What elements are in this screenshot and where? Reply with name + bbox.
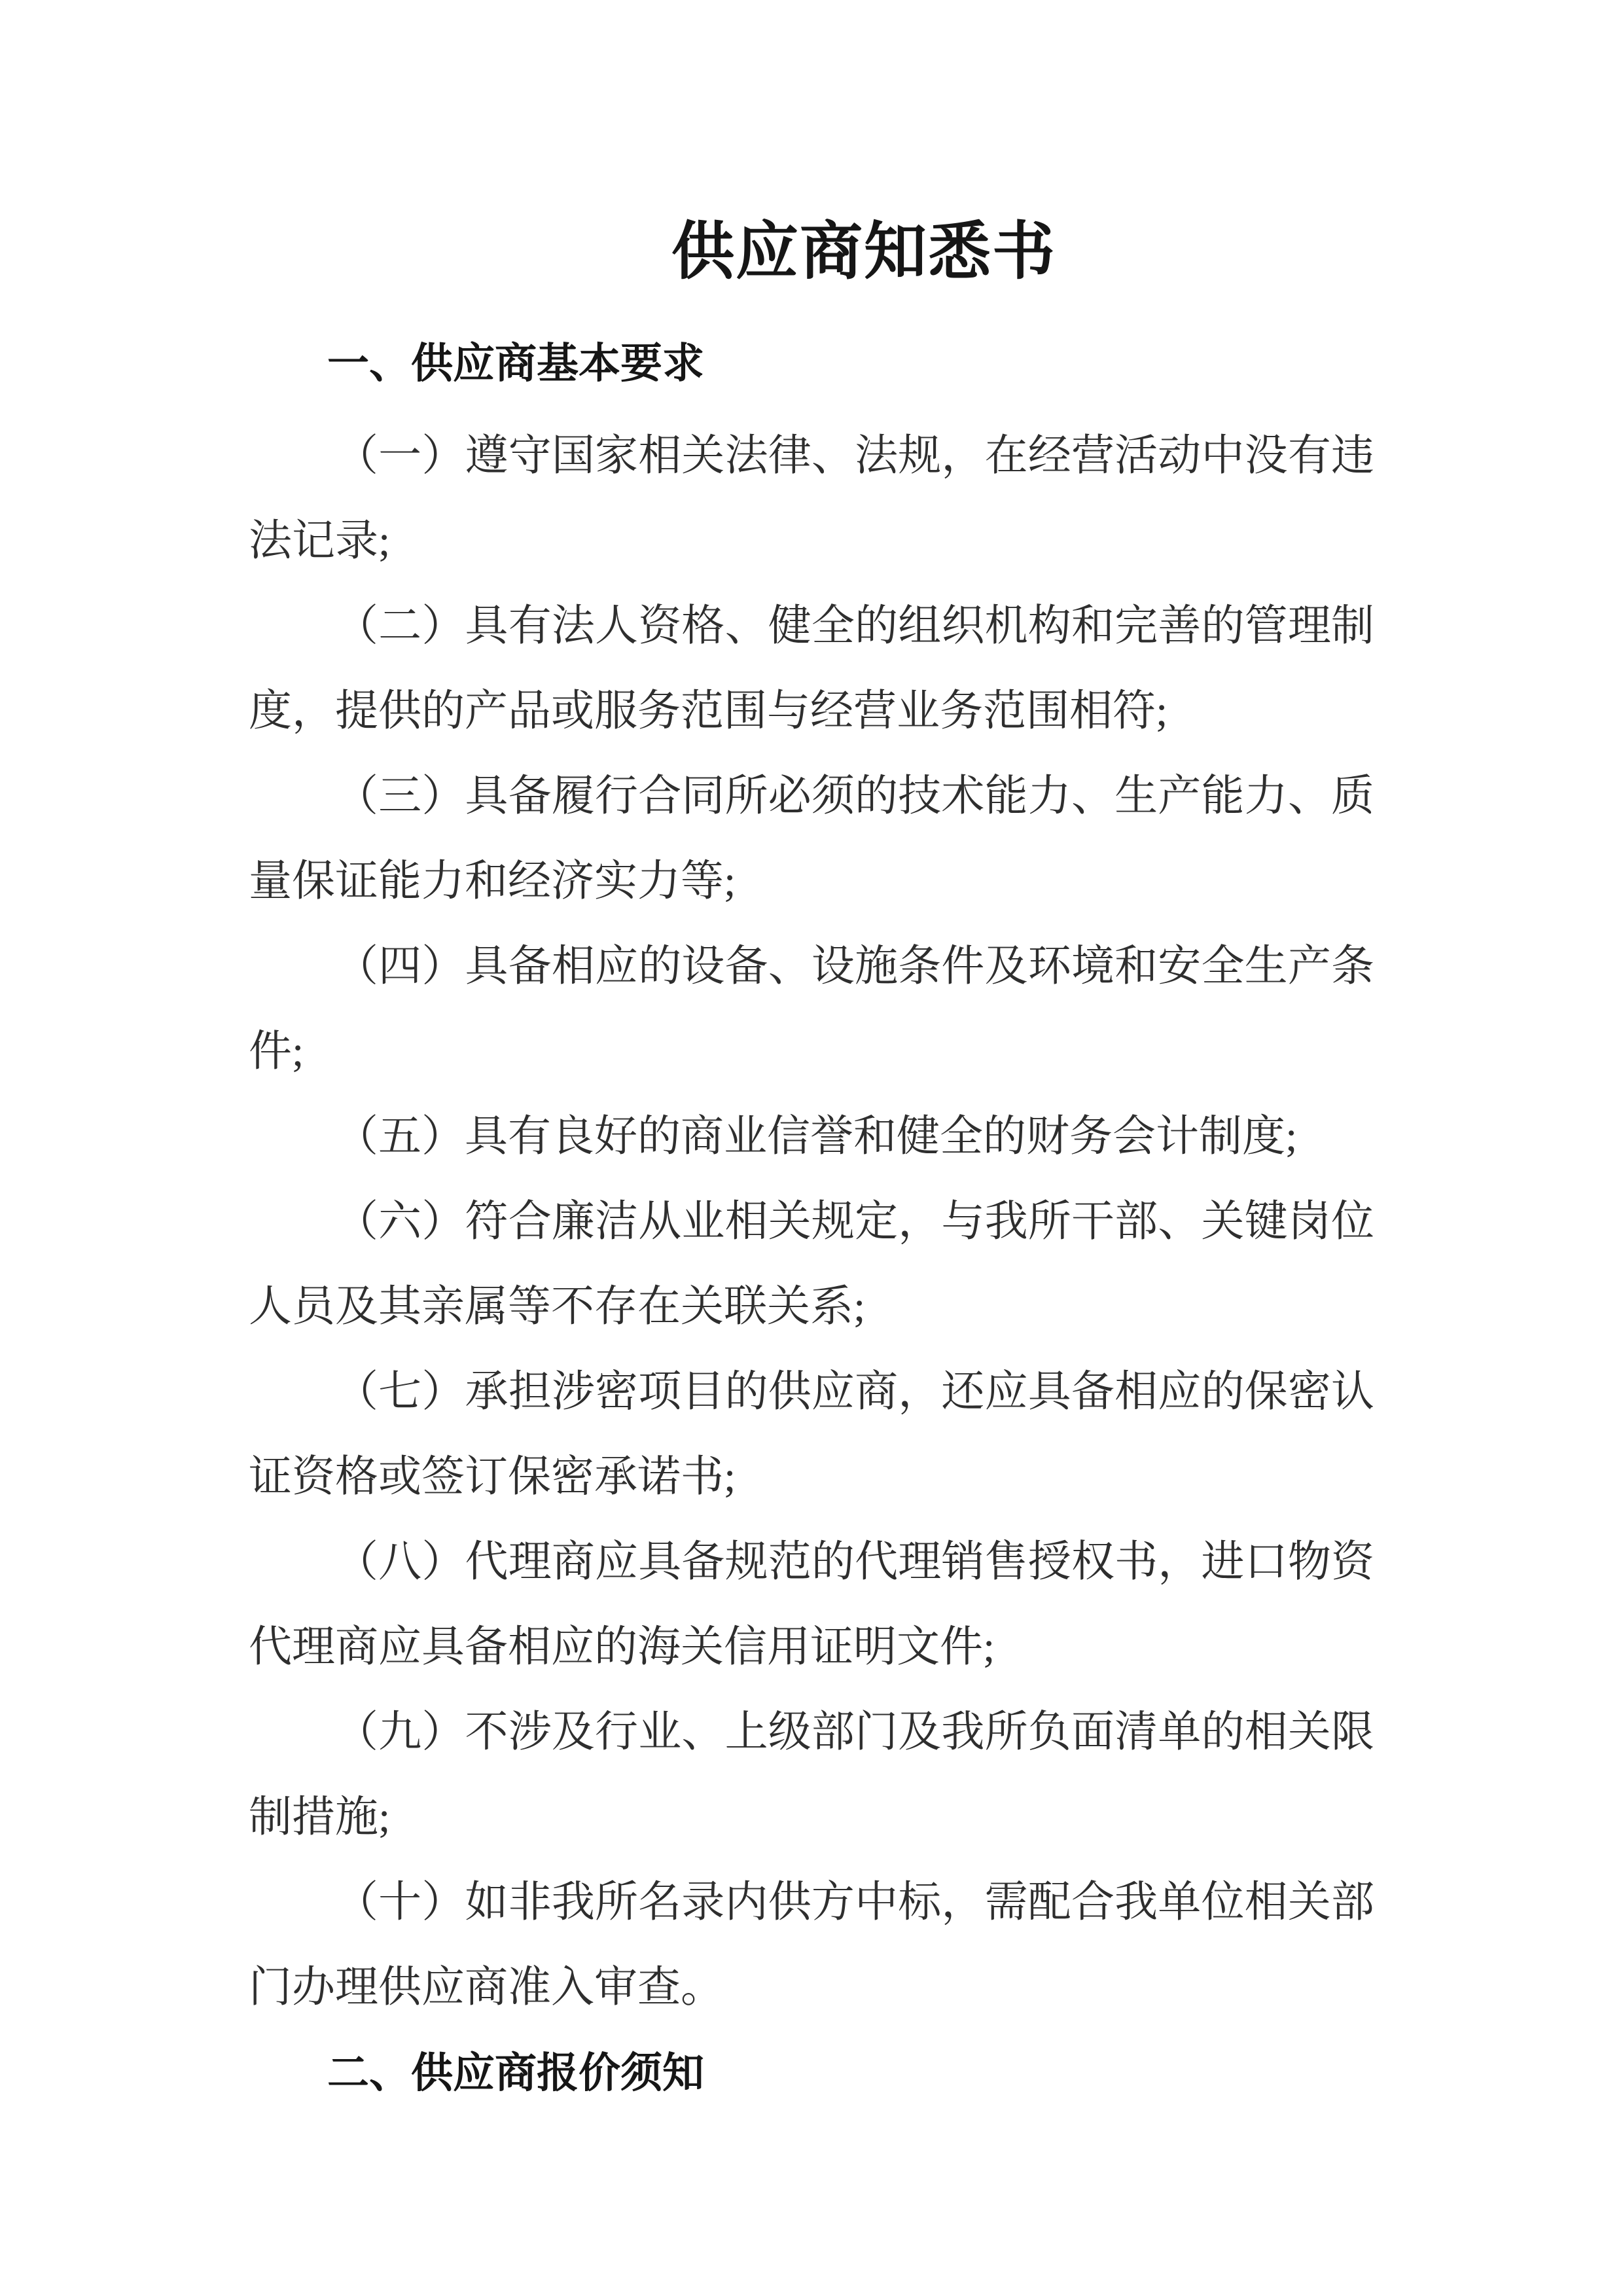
body-line: （四）具备相应的设备、设施条件及环境和安全生产条 [249,924,1374,1009]
body-line: （一）遵守国家相关法律、法规，在经营活动中没有违 [249,414,1374,499]
body-line: （九）不涉及行业、上级部门及我所负面清单的相关限 [249,1690,1374,1775]
section-heading-2: 二、供应商报价须知 [249,2030,1374,2115]
body-line: 制措施; [249,1775,1374,1860]
body-line: （八）代理商应具备规范的代理销售授权书，进口物资 [249,1520,1374,1605]
body-line: （六）符合廉洁从业相关规定，与我所干部、关键岗位 [249,1179,1374,1265]
body-line: （二）具有法人资格、健全的组织机构和完善的管理制 [249,584,1374,669]
body-lines: （一）遵守国家相关法律、法规，在经营活动中没有违法记录;（二）具有法人资格、健全… [249,414,1374,2030]
body-line: （十）如非我所名录内供方中标，需配合我单位相关部 [249,1860,1374,1945]
body-line: （三）具备履行合同所必须的技术能力、生产能力、质 [249,754,1374,839]
body-line: （七）承担涉密项目的供应商，还应具备相应的保密认 [249,1350,1374,1435]
body-line: （五）具有良好的商业信誉和健全的财务会计制度; [249,1094,1374,1179]
section-heading-1: 一、供应商基本要求 [249,321,1374,406]
body-line: 门办理供应商准入审查。 [249,1945,1374,2030]
body-line: 件; [249,1009,1374,1094]
document-title: 供应商知悉书 [52,209,1623,295]
body-line: 证资格或签订保密承诺书; [249,1435,1374,1520]
body-line: 度，提供的产品或服务范围与经营业务范围相符; [249,669,1374,754]
body-line: 量保证能力和经济实力等; [249,839,1374,924]
body-line: 法记录; [249,499,1374,584]
body-line: 人员及其亲属等不存在关联关系; [249,1265,1374,1350]
document-page: 供应商知悉书 一、供应商基本要求 （一）遵守国家相关法律、法规，在经营活动中没有… [0,0,1623,2296]
body-line: 代理商应具备相应的海关信用证明文件; [249,1605,1374,1690]
